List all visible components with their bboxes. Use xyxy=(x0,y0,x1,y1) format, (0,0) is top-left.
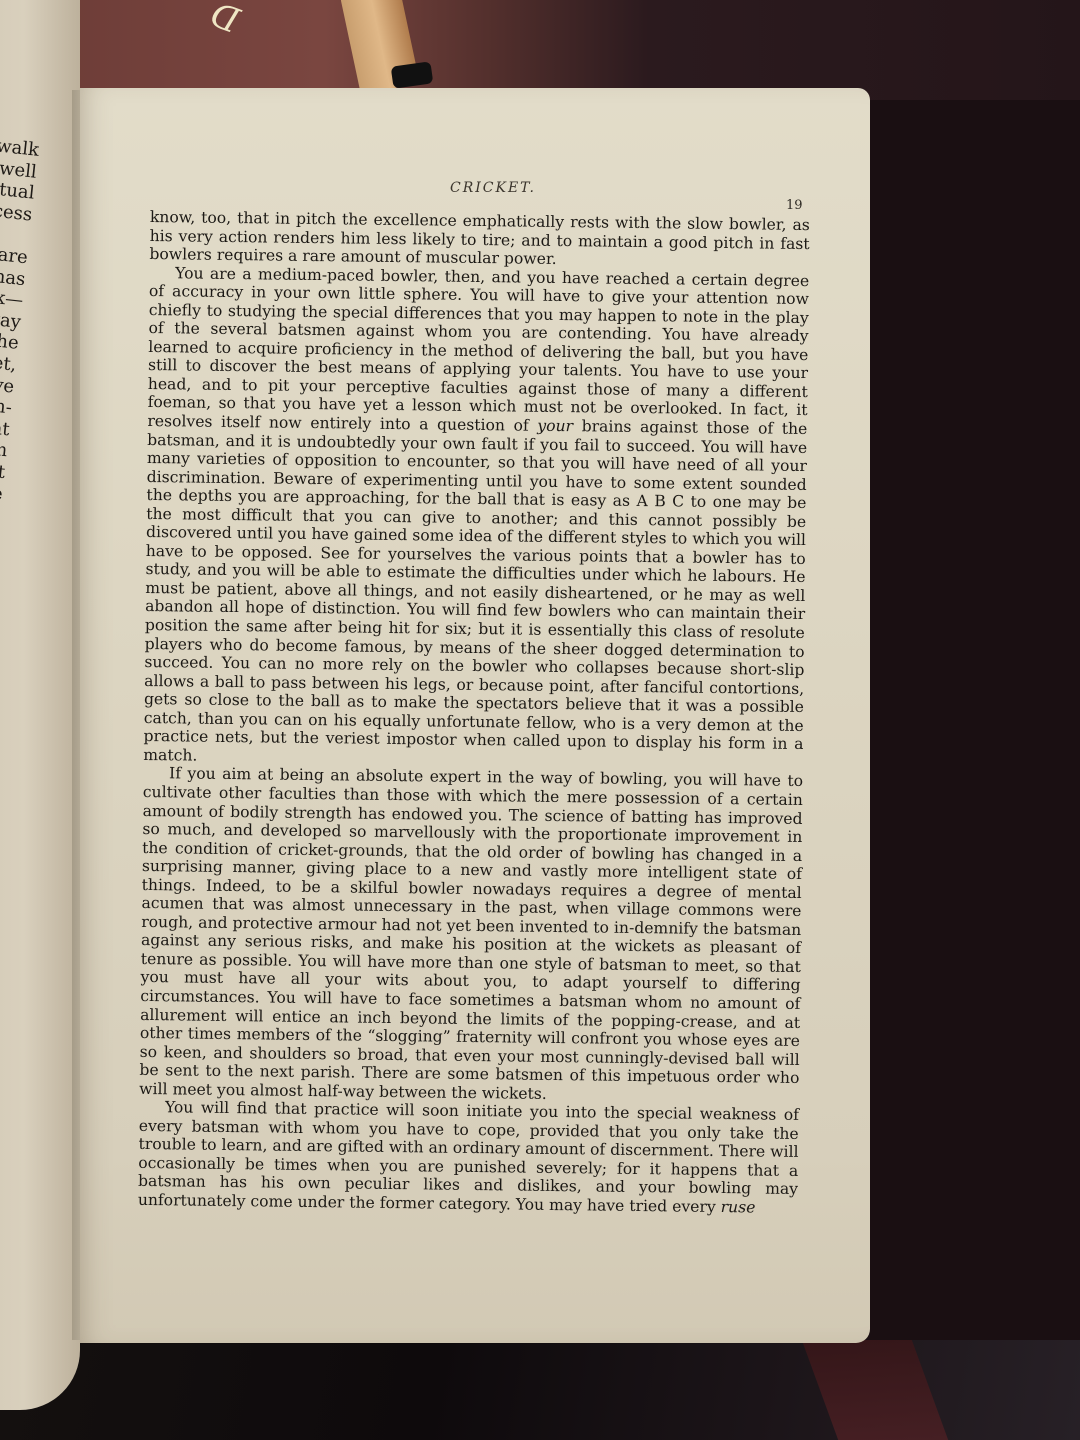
paragraph: You are a medium-paced bowler, then, and… xyxy=(143,264,809,773)
left-page-text-fragments: walkwellctualccess , arehasnk—waythecket… xyxy=(0,130,40,1300)
page-number: 19 xyxy=(786,198,803,213)
running-head: CRICKET. xyxy=(450,180,536,196)
paragraph: know, too, that in pitch the excellence … xyxy=(149,208,810,272)
paragraph: If you aim at being an absolute expert i… xyxy=(139,764,803,1106)
left-page-word: walk xyxy=(0,130,40,162)
background-table-top xyxy=(0,0,1080,100)
paragraph: You will find that practice will soon in… xyxy=(138,1098,799,1217)
left-page: walkwellctualccess , arehasnk—waythecket… xyxy=(0,0,80,1410)
body-text: know, too, that in pitch the excellence … xyxy=(138,208,810,1218)
